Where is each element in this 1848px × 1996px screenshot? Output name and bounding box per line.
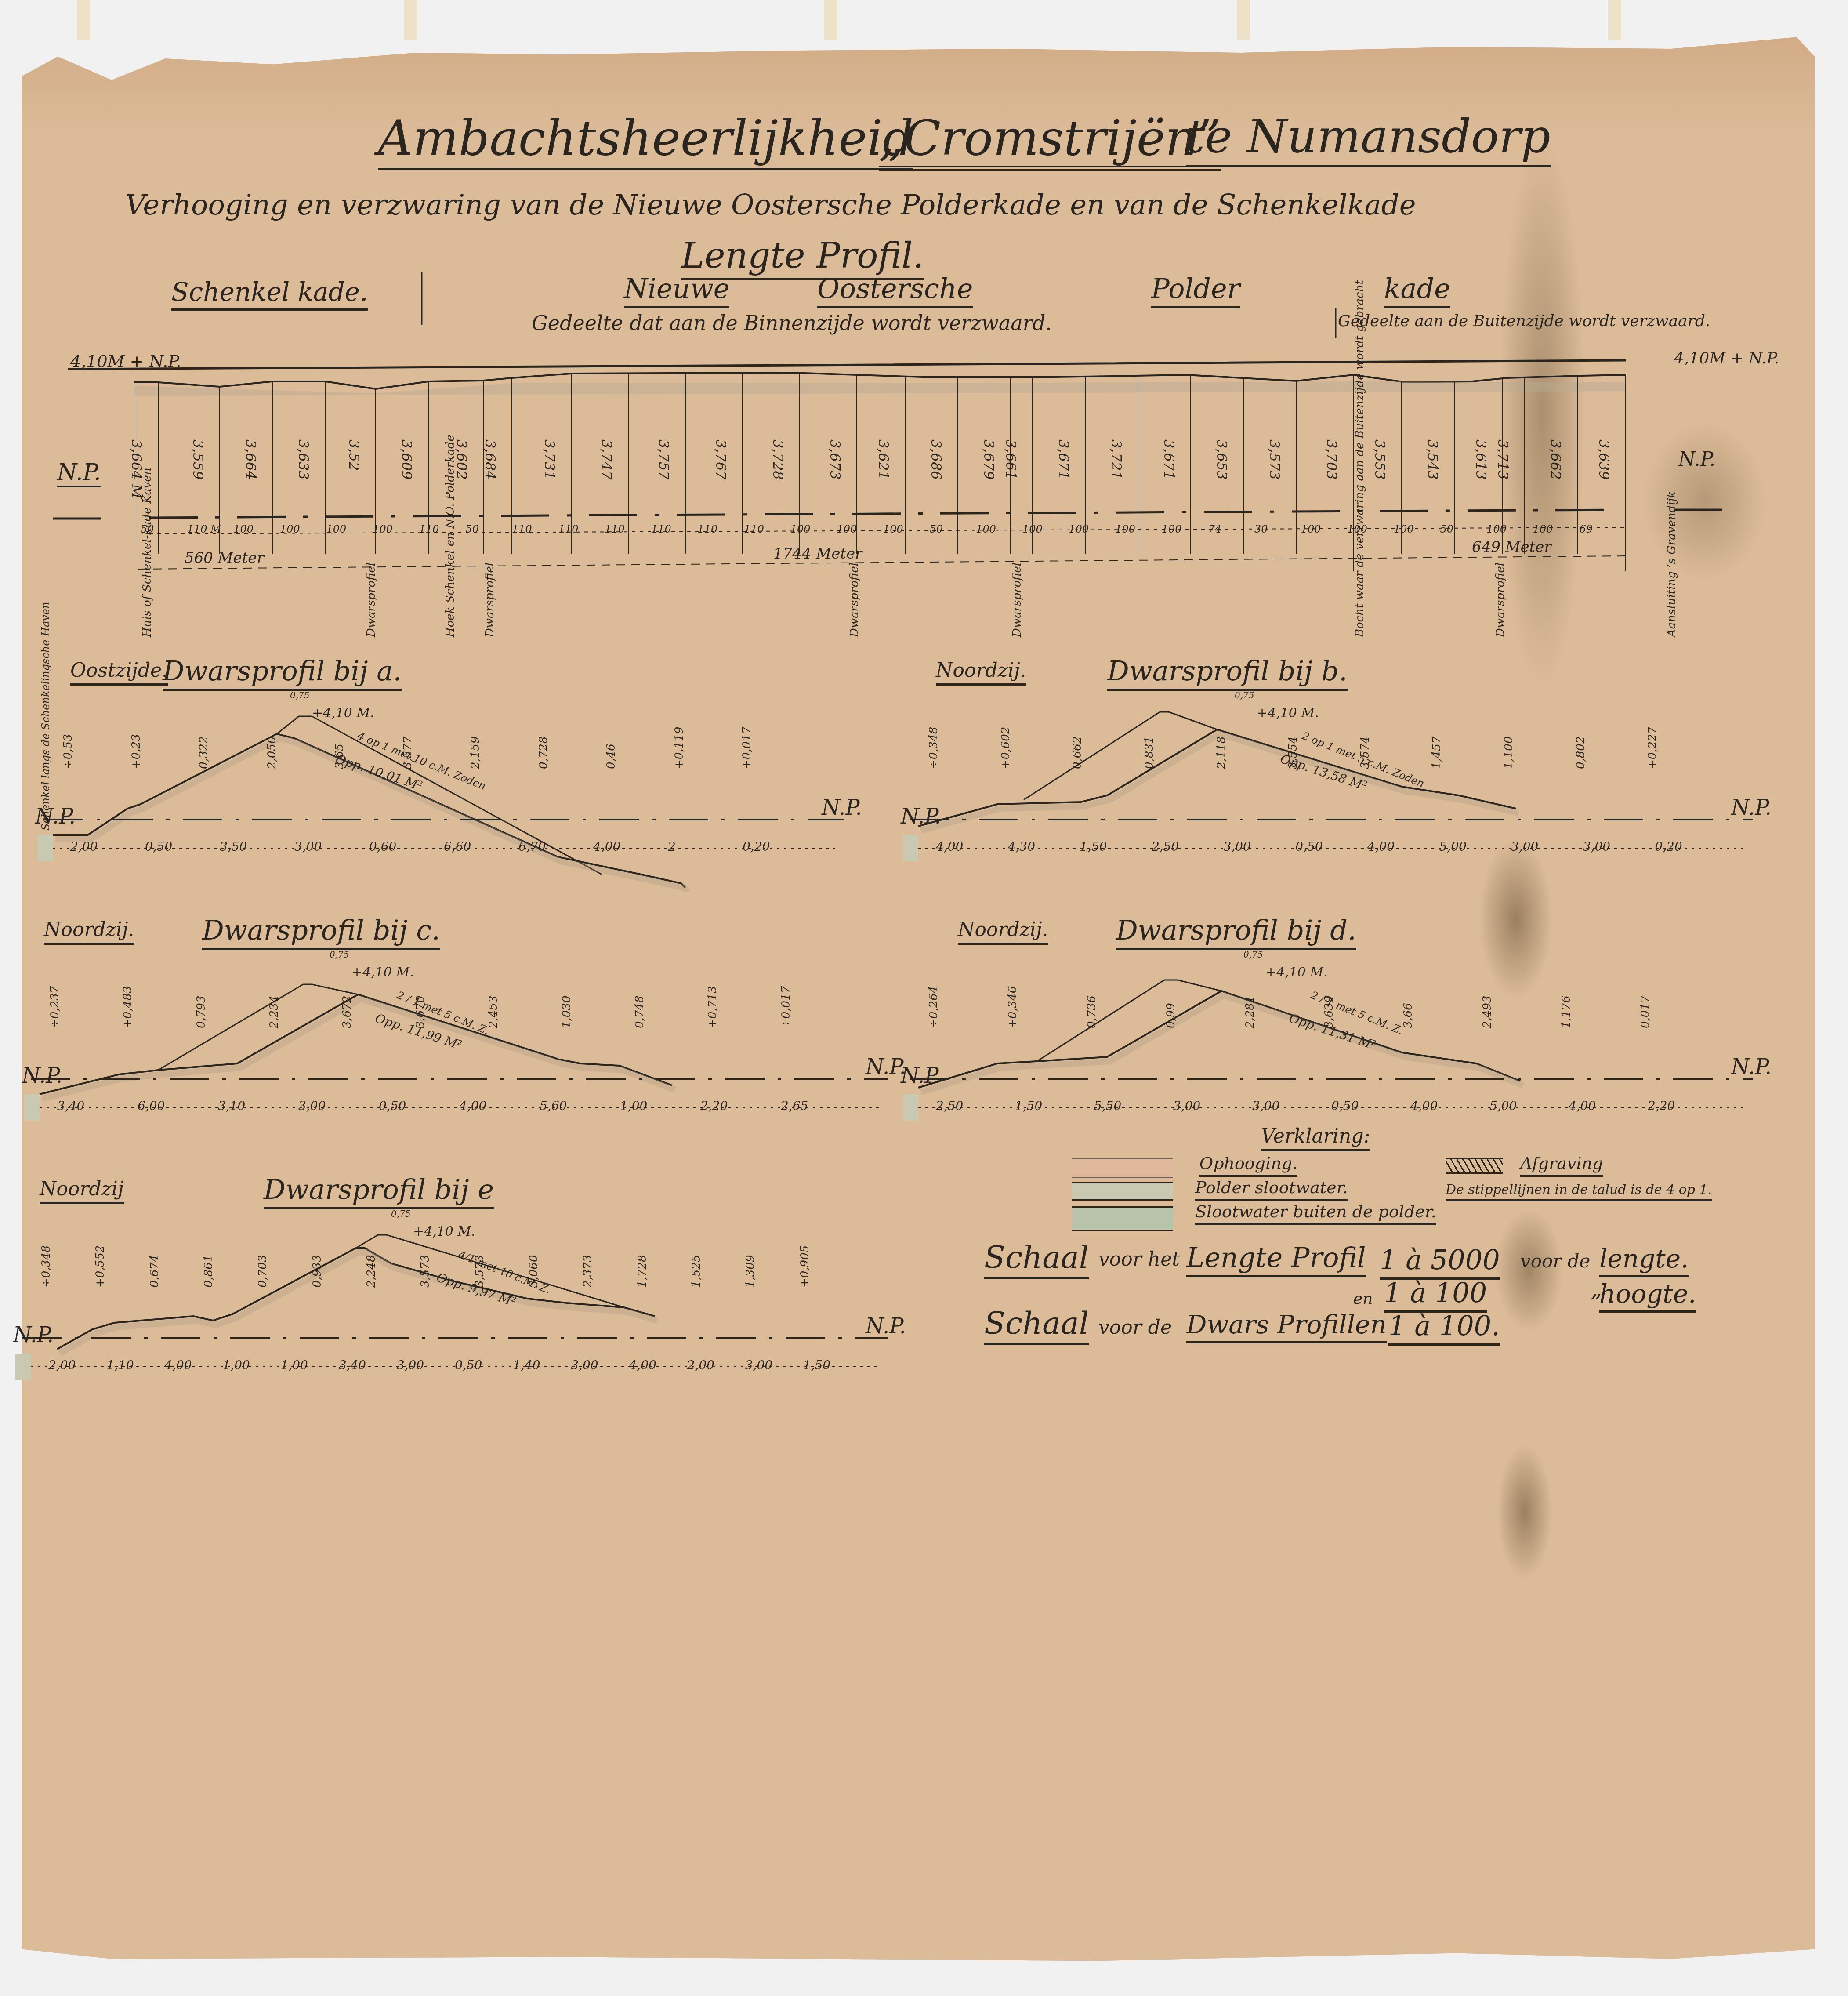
height-label: ÷0,017 (779, 986, 793, 1028)
distance-label: 3,00 (1583, 839, 1610, 854)
longitudinal-height-label: 3,679 (981, 439, 997, 480)
height-label: ÷0,53 (62, 734, 75, 769)
height-label: 0,861 (202, 1255, 215, 1288)
longitudinal-height-label: 3,621 (875, 439, 892, 480)
longitudinal-distance-label: 50 (1440, 523, 1454, 535)
longitudinal-distance-label: 100 (1069, 523, 1089, 535)
scale-3-prefix: Schaal (984, 1305, 1089, 1345)
crest-width-label: 0,75 (391, 1208, 411, 1219)
distance-label: 4,00 (459, 1099, 486, 1113)
longitudinal-distance-label: 110 (744, 523, 764, 535)
height-label: ÷0,348 (40, 1245, 53, 1288)
cross-section-title: Dwarsprofil bij d. (1116, 914, 1356, 950)
legend-label-slootwater-buiten: Slootwater buiten de polder. (1195, 1202, 1436, 1225)
distance-label: 2,20 (1648, 1099, 1675, 1113)
longitudinal-distance-label: 50 (930, 523, 943, 535)
distance-label: 2,65 (781, 1099, 808, 1113)
height-label: 0,933 (311, 1255, 324, 1288)
longitudinal-vertical-note: Dwarsprofiel (1494, 563, 1507, 637)
longitudinal-profile-drawing (0, 0, 1848, 659)
longitudinal-height-label: 3,653 (1214, 439, 1230, 480)
height-label: 2,234 (268, 996, 281, 1028)
height-label: 3,573 (419, 1255, 432, 1288)
height-label: +0,119 (673, 727, 686, 769)
distance-label: 6,60 (444, 839, 471, 854)
distance-label: 5,00 (1489, 1099, 1517, 1113)
distance-label: 2,00 (70, 839, 98, 854)
longitudinal-height-label: 3,573 (1266, 439, 1283, 480)
cross-section-side-label: Noordzij. (44, 918, 134, 945)
np-label: N.P. (35, 804, 76, 829)
scale-3-ratio: 1 à 100. (1388, 1310, 1500, 1346)
cross-section-title: Dwarsprofil bij e (264, 1173, 494, 1209)
longitudinal-vertical-note: Huis of Schenkel-kade Kaven (141, 468, 154, 637)
longitudinal-height-label: 3,553 (1372, 439, 1388, 480)
longitudinal-distance-label: 100 (976, 523, 996, 535)
scale-3-mid: voor de (1098, 1316, 1172, 1339)
longitudinal-height-label: 3,661 (1003, 439, 1019, 480)
longitudinal-distance-label: 100 (1115, 523, 1135, 535)
scale-1-suffix: voor de (1520, 1250, 1590, 1272)
distance-label: 5,60 (540, 1099, 567, 1113)
distance-label: 1,50 (1080, 839, 1107, 854)
height-label: 1,100 (1502, 737, 1515, 769)
cross-section-side-label: Noordzij. (936, 659, 1026, 686)
height-label: 2,050 (265, 737, 279, 769)
height-label: +0,23 (130, 734, 143, 769)
legend-label-stippellijnen: De stippellijnen in de talud is de 4 op … (1446, 1182, 1712, 1201)
legend-swatch-polder-slootwater (1072, 1182, 1173, 1201)
height-label: +0,483 (121, 986, 134, 1028)
longitudinal-distance-label: 74 (1208, 523, 1221, 535)
longitudinal-vertical-note: Aansluiting ’s Gravendijk (1665, 491, 1678, 637)
distance-label: 1,00 (281, 1358, 308, 1372)
longitudinal-distance-label: 69 (1579, 523, 1593, 535)
longitudinal-distance-label: 100 (1394, 523, 1414, 535)
distance-label: 3,40 (339, 1358, 366, 1372)
cross-section-b: Noordzij.Dwarsprofil bij b.+4,10 M.0,752… (901, 664, 1779, 892)
longitudinal-height-label: 3,673 (827, 439, 844, 480)
height-label: 1,457 (1430, 737, 1443, 769)
longitudinal-height-label: 3,684 (482, 439, 499, 480)
height-label: 0,831 (1143, 737, 1156, 769)
distance-label: 3,00 (1252, 1099, 1279, 1113)
cross-section-title: Dwarsprofil bij a. (163, 655, 402, 691)
longitudinal-height-label: 3,713 (1495, 439, 1511, 480)
cross-section-d: Noordzij.Dwarsprofil bij d.+4,10 M.0,752… (901, 923, 1779, 1151)
distance-label: 1,10 (106, 1358, 134, 1372)
legend-label-polder-slootwater: Polder slootwater. (1195, 1178, 1348, 1201)
height-label: +0,346 (1006, 986, 1019, 1028)
crest-width-label: 0,75 (330, 949, 349, 960)
distance-label: 6,00 (138, 1099, 165, 1113)
height-label: 0,802 (1574, 737, 1587, 769)
longitudinal-height-label: 3,52 (346, 439, 362, 471)
longitudinal-vertical-note: Dwarsprofiel (848, 563, 861, 637)
height-label: 0,662 (1071, 737, 1084, 769)
longitudinal-distance-label: 100 (1486, 523, 1507, 535)
longitudinal-distance-label: 50 (465, 523, 479, 535)
height-label: ÷0,264 (927, 986, 940, 1028)
height-label: 2,118 (1215, 737, 1228, 769)
longitudinal-distance-label: 100 (1162, 523, 1182, 535)
longitudinal-distance-label: 110 (605, 523, 625, 535)
distance-label: 1,00 (222, 1358, 250, 1372)
distance-label: 3,00 (745, 1358, 772, 1372)
longitudinal-distance-label: 100 (883, 523, 903, 535)
height-label: 3,65 (333, 744, 346, 769)
longitudinal-height-label: 3,662 (1547, 439, 1564, 480)
np-label: N.P. (13, 1323, 54, 1347)
height-label: 0,703 (256, 1255, 269, 1288)
distance-label: 2,00 (687, 1358, 714, 1372)
longitudinal-distance-label: 110 (698, 523, 718, 535)
span-560: 560 Meter (185, 549, 264, 567)
cross-section-side-label: Noordzij. (958, 918, 1048, 945)
distance-label: 3,00 (1224, 839, 1251, 854)
np-label-left: N.P. (57, 459, 101, 487)
longitudinal-distance-label: 30 (1254, 523, 1268, 535)
np-label: N.P. (1731, 1055, 1772, 1079)
longitudinal-distance-label: 100 (1533, 523, 1553, 535)
longitudinal-height-label: 3,609 (399, 439, 415, 480)
cross-section-side-label: Oostzijde. (70, 659, 168, 686)
distance-label: 1,50 (1015, 1099, 1042, 1113)
longitudinal-height-label: 3,686 (928, 439, 945, 480)
height-label: 2,453 (487, 996, 500, 1028)
distance-label: 3,00 (397, 1358, 424, 1372)
legend-swatch-ophooging (1072, 1158, 1173, 1178)
longitudinal-distance-label: 110 (651, 523, 671, 535)
distance-label: 3,00 (571, 1358, 598, 1372)
height-label: 0,736 (1085, 996, 1098, 1028)
height-label: 3,639 (1323, 996, 1336, 1028)
longitudinal-vertical-note: Dwarsprofiel (1011, 563, 1024, 637)
legend-swatch-afgraving (1446, 1158, 1503, 1174)
cross-section-side-label: Noordzij (40, 1178, 124, 1204)
distance-label: 0,50 (145, 839, 172, 854)
longitudinal-height-label: 3,703 (1323, 439, 1340, 480)
longitudinal-height-label: 3,721 (1108, 439, 1125, 480)
height-label: 3,670 (414, 996, 427, 1028)
distance-label: 1,00 (620, 1099, 647, 1113)
longitudinal-distance-label: 110 (558, 523, 579, 535)
height-label: 3,573 (473, 1255, 486, 1288)
longitudinal-distance-label: 100 (280, 523, 300, 535)
longitudinal-distance-label: 100 (373, 523, 393, 535)
height-label: +0,713 (706, 986, 719, 1028)
height-label: +0,227 (1646, 727, 1659, 769)
height-label: +0,017 (740, 727, 754, 769)
height-label: ÷0,348 (927, 727, 940, 769)
longitudinal-height-label: 3,671 (1161, 439, 1178, 480)
height-label: 3,554 (1286, 737, 1300, 769)
scale-1-mid: voor het (1098, 1248, 1180, 1270)
scale-1-prefix: Schaal (984, 1239, 1089, 1279)
scale-1-ratio: 1 à 5000 (1380, 1244, 1500, 1280)
distance-label: 3,00 (294, 839, 322, 854)
longitudinal-height-label: 3,613 (1473, 439, 1489, 480)
distance-label: 1,50 (803, 1358, 830, 1372)
height-label: ÷0,237 (48, 986, 62, 1028)
distance-label: 3,50 (220, 839, 247, 854)
longitudinal-distance-label: 100 (233, 523, 254, 535)
np-label: N.P. (901, 1063, 941, 1088)
longitudinal-distance-label: 110 (512, 523, 532, 535)
longitudinal-height-label: 3,728 (770, 439, 786, 480)
distance-label: 2,50 (936, 1099, 963, 1113)
distance-label: 3,00 (1511, 839, 1538, 854)
scale-2-dimension: hoogte. (1599, 1279, 1696, 1313)
span-649: 649 Meter (1472, 538, 1551, 556)
height-label: 2,248 (365, 1255, 378, 1288)
distance-label: 0,20 (1655, 839, 1682, 854)
distance-label: 0,20 (743, 839, 770, 854)
height-label: 2,159 (469, 737, 482, 769)
np-label-right: N.P. (1678, 448, 1715, 471)
height-label: 0,674 (148, 1255, 161, 1288)
legend-label-ophooging: Ophooging. (1199, 1154, 1297, 1177)
crest-width-label: 0,75 (1243, 949, 1263, 960)
longitudinal-height-label: 3,671 (1055, 439, 1072, 480)
height-label: 3,574 (1359, 737, 1372, 769)
reference-level-right: 4,10M + N.P. (1674, 349, 1779, 367)
crest-level-label: +4,10 M. (1257, 705, 1319, 721)
distance-label: 4,00 (1410, 1099, 1438, 1113)
distance-label: 3,40 (57, 1099, 84, 1113)
crest-width-label: 0,75 (290, 690, 310, 700)
height-label: +0,905 (798, 1245, 812, 1288)
distance-label: 2 (668, 839, 676, 854)
crest-width-label: 0,75 (1235, 690, 1254, 700)
cross-section-c: Noordzij.Dwarsprofil bij c.+4,10 M.0,752… (22, 923, 914, 1151)
longitudinal-vertical-note: Dwarsprofiel (365, 563, 378, 637)
height-label: 0,017 (1639, 996, 1652, 1028)
span-1744: 1744 Meter (773, 545, 862, 563)
crest-level-label: +4,10 M. (351, 965, 414, 980)
distance-label: 0,60 (369, 839, 396, 854)
height-label: 0,728 (537, 737, 550, 769)
distance-label: 5,50 (1094, 1099, 1121, 1113)
legend-label-afgraving: Afgraving (1520, 1154, 1603, 1177)
longitudinal-height-label: 3,543 (1424, 439, 1441, 480)
distance-label: 2,00 (48, 1358, 76, 1372)
reference-level-left: 4,10M + N.P. (70, 352, 181, 371)
cross-section-e: NoordzijDwarsprofil bij e+4,10 M.0,754/1… (13, 1182, 914, 1411)
distance-label: 3,00 (1173, 1099, 1200, 1113)
longitudinal-distance-label: 100 (326, 523, 347, 535)
distance-label: 0,50 (1295, 839, 1323, 854)
cross-section-title: Dwarsprofil bij c. (202, 914, 440, 950)
np-label: N.P. (866, 1055, 906, 1079)
height-label: 1,309 (744, 1255, 757, 1288)
distance-label: 0,50 (455, 1358, 482, 1372)
longitudinal-distance-label: 110 (419, 523, 439, 535)
np-label: N.P. (901, 804, 941, 829)
longitudinal-distance-label: 100 (1301, 523, 1321, 535)
cross-section-a: Oostzijde.Dwarsprofil bij a.+4,10 M.0,75… (35, 664, 870, 892)
distance-label: 5,00 (1439, 839, 1466, 854)
cross-section-profile-drawing (13, 1182, 914, 1411)
distance-label: 4,00 (1367, 839, 1395, 854)
scale-1-object: Lengte Profil (1186, 1241, 1366, 1277)
height-label: 1,030 (560, 996, 573, 1028)
longitudinal-height-label: 3,633 (295, 439, 312, 480)
height-label: 3,577 (401, 737, 414, 769)
cross-section-profile-drawing (22, 923, 914, 1151)
longitudinal-vertical-note: Bocht waar de verzwaring aan de Buitenzi… (1353, 280, 1366, 637)
height-label: +0,552 (94, 1245, 107, 1288)
scale-1-dimension: lengte. (1599, 1244, 1689, 1277)
crest-level-label: +4,10 M. (312, 705, 374, 721)
longitudinal-height-label: 3,757 (656, 439, 672, 480)
longitudinal-height-label: 3,747 (598, 439, 615, 480)
longitudinal-distance-label: 100 (1022, 523, 1043, 535)
np-label: N.P. (22, 1063, 62, 1088)
distance-label: 3,10 (218, 1099, 245, 1113)
height-label: 1,728 (636, 1255, 649, 1288)
np-label: N.P. (866, 1314, 906, 1339)
height-label: 3,672 (341, 996, 354, 1028)
legend-title: Verklaring: (1261, 1125, 1370, 1151)
longitudinal-height-label: 3,639 (1596, 439, 1612, 480)
distance-label: 4,00 (936, 839, 963, 854)
height-label: 2,373 (581, 1255, 594, 1288)
longitudinal-vertical-note: Hoek Schenkel en N.O. Polderkade (444, 435, 457, 637)
distance-label: 4,00 (629, 1358, 656, 1372)
height-label: +0,602 (999, 727, 1012, 769)
distance-label: 2,50 (1152, 839, 1179, 854)
height-label: 0,46 (605, 744, 618, 769)
longitudinal-height-label: 3,731 (541, 439, 558, 480)
crest-level-label: +4,10 M. (1265, 965, 1328, 980)
crest-level-label: +4,10 M. (413, 1224, 475, 1239)
distance-label: 0,50 (1331, 1099, 1359, 1113)
distance-label: 4,00 (593, 839, 620, 854)
height-label: 1,176 (1560, 996, 1573, 1028)
longitudinal-distance-label: 100 (790, 523, 811, 535)
distance-label: 6,70 (518, 839, 546, 854)
height-label: 0,322 (197, 737, 210, 769)
height-label: 0,793 (195, 996, 208, 1028)
cross-section-title: Dwarsprofil bij b. (1107, 655, 1348, 691)
distance-label: 4,00 (1569, 1099, 1596, 1113)
np-label: N.P. (822, 795, 862, 820)
height-label: 3,66 (1402, 1003, 1415, 1028)
height-label: 2,493 (1481, 996, 1494, 1028)
np-label: N.P. (1731, 795, 1772, 820)
scale-2-prefix: en (1353, 1290, 1373, 1308)
longitudinal-height-label: 3,664 (243, 439, 259, 480)
distance-label: 3,00 (298, 1099, 326, 1113)
height-label: 3,060 (527, 1255, 540, 1288)
distance-label: 1,40 (513, 1358, 540, 1372)
longitudinal-vertical-note: Dwarsprofiel (483, 563, 496, 637)
longitudinal-height-label: 3,767 (713, 439, 729, 480)
scale-3-object: Dwars Profillen (1186, 1310, 1387, 1343)
distance-label: 2,20 (700, 1099, 728, 1113)
height-label: 2,281 (1243, 996, 1257, 1028)
distance-label: 4,00 (164, 1358, 192, 1372)
height-label: 0,99 (1164, 1003, 1178, 1028)
distance-label: 0,50 (379, 1099, 406, 1113)
height-label: 1,525 (690, 1255, 703, 1288)
height-label: 0,748 (633, 996, 646, 1028)
longitudinal-distance-label: 110 M (187, 523, 221, 535)
legend-swatch-slootwater-buiten (1072, 1206, 1173, 1231)
scale-2-ratio: 1 à 100 (1384, 1277, 1487, 1313)
longitudinal-distance-label: 100 (837, 523, 857, 535)
longitudinal-height-label: 3,559 (190, 439, 207, 480)
distance-label: 4,30 (1008, 839, 1035, 854)
